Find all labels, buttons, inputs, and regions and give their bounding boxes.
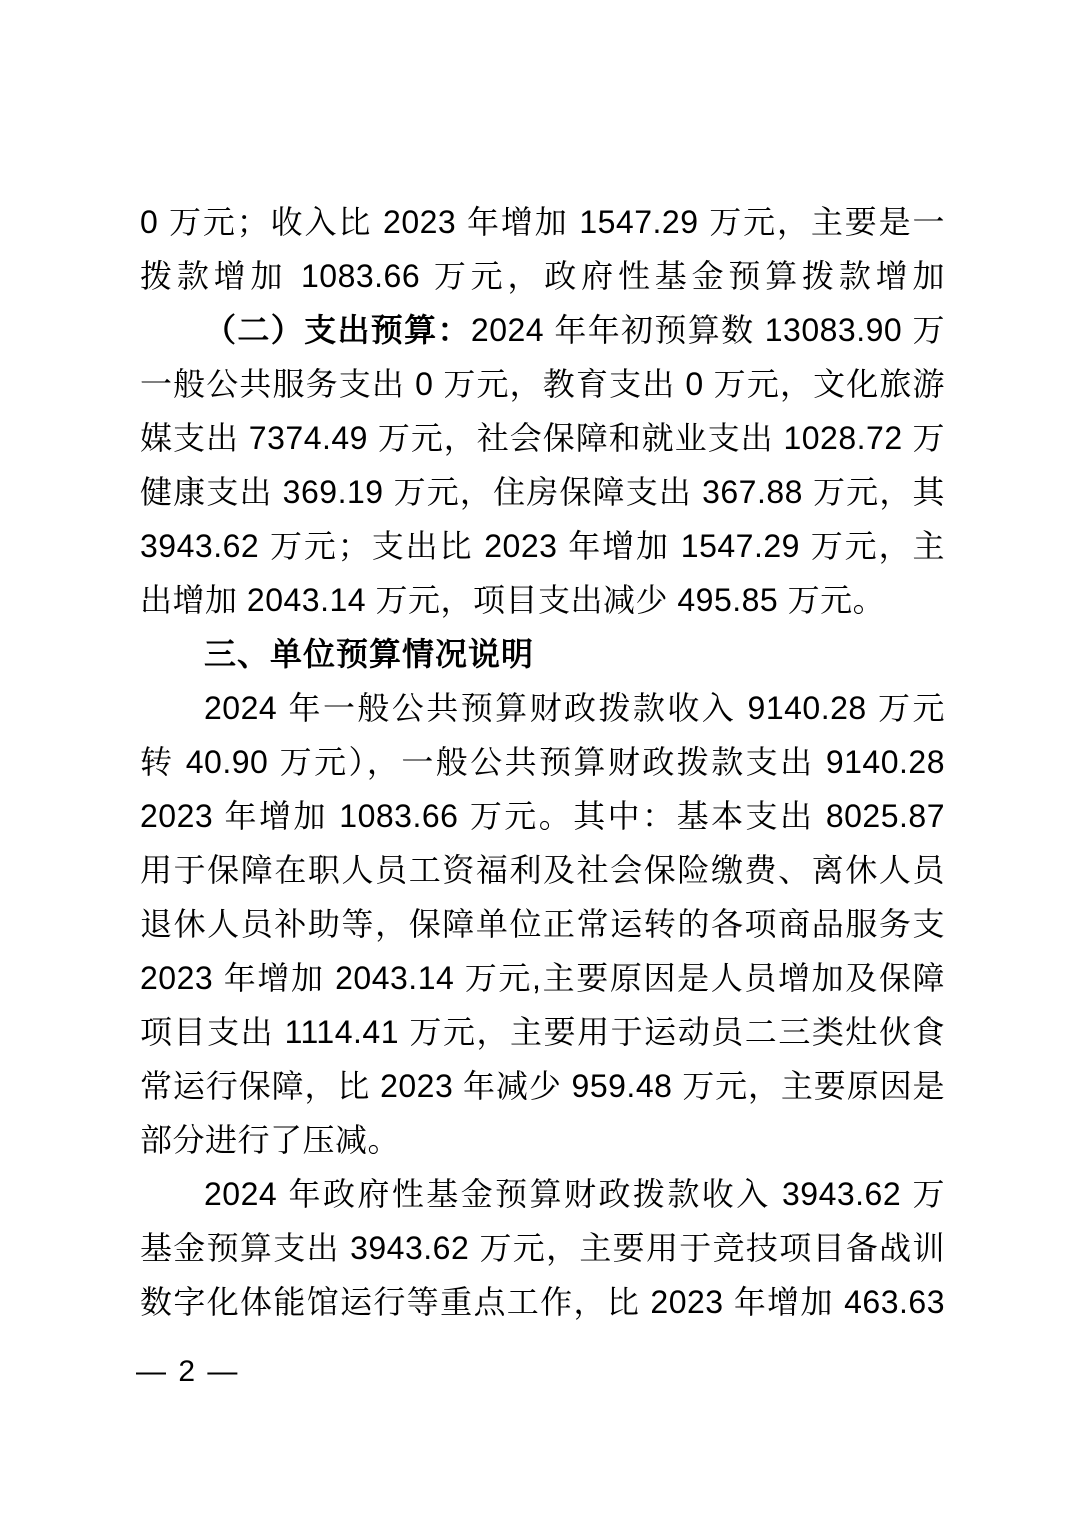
- text-line: 用于保障在职人员工资福利及社会保险缴费、离休人员离休费、: [140, 843, 945, 897]
- document-body: 0 万元；收入比 2023 年增加 1547.29 万元，主要是一般公共预算拨款…: [140, 195, 945, 1329]
- text-line: 项目支出 1114.41 万元，主要用于运动员二三类灶伙食补助及日: [140, 1005, 945, 1059]
- page-footer: — 2 —: [136, 1352, 239, 1392]
- section-heading: 三、单位预算情况说明: [140, 627, 945, 681]
- text-line: 常运行保障，比 2023 年减少 959.48 万元，主要原因是运行保障: [140, 1059, 945, 1113]
- text-line: 2024 年一般公共预算财政拨款收入 9140.28 万元（含上年结: [140, 681, 945, 735]
- text-line: 2024 年政府性基金预算财政拨款收入 3943.62 万元,政府性: [140, 1167, 945, 1221]
- text-line: 基金预算支出 3943.62 万元，主要用于竞技项目备战训练专项、: [140, 1221, 945, 1275]
- text-line: 2023 年增加 1083.66 万元。其中：基本支出 8025.87 万元，主…: [140, 789, 945, 843]
- text-line: 媒支出 7374.49 万元，社会保障和就业支出 1028.72 万元，卫生: [140, 411, 945, 465]
- text-line: 健康支出 369.19 万元，住房保障支出 367.88 万元，其他支出: [140, 465, 945, 519]
- text-line: 0 万元；收入比 2023 年增加 1547.29 万元，主要是一般公共预算: [140, 195, 945, 249]
- text-line: 拨款增加 1083.66 万元，政府性基金预算拨款增加 463.63 万元。: [140, 249, 945, 303]
- text-line: 数字化体能馆运行等重点工作，比 2023 年增加 463.63 万元，主: [140, 1275, 945, 1329]
- page-number: — 2 —: [136, 1355, 239, 1388]
- text-line: 部分进行了压减。: [140, 1113, 945, 1167]
- text-line: 2023 年增加 2043.14 万元,主要原因是人员增加及保障政策调整；: [140, 951, 945, 1005]
- text-line: （二）支出预算：2024 年年初预算数 13083.90 万元，其中：: [140, 303, 945, 357]
- text-line: 转 40.90 万元），一般公共预算财政拨款支出 9140.28 万元，比: [140, 735, 945, 789]
- paragraph-lead-bold: （二）支出预算：: [204, 312, 471, 348]
- document-page: 0 万元；收入比 2023 年增加 1547.29 万元，主要是一般公共预算拨款…: [0, 0, 1074, 1520]
- text-line: 退休人员补助等，保障单位正常运转的各项商品服务支出，比: [140, 897, 945, 951]
- text-line: 出增加 2043.14 万元，项目支出减少 495.85 万元。: [140, 573, 945, 627]
- text-line: 3943.62 万元；支出比 2023 年增加 1547.29 万元，主要是基本…: [140, 519, 945, 573]
- text-line: 一般公共服务支出 0 万元，教育支出 0 万元，文化旅游体育与传: [140, 357, 945, 411]
